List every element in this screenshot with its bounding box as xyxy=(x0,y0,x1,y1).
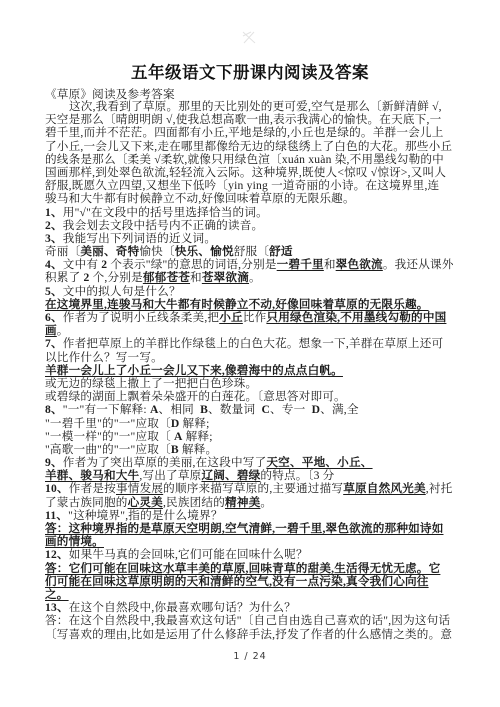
text-run: 美丽、奇特 xyxy=(80,245,139,258)
text-run: 郁郁苍苍 xyxy=(143,271,190,284)
text-run: 。 xyxy=(260,496,272,509)
text-run: 羊群一会儿上了小丘一会儿又下来,像碧海中的点点白帆。 xyxy=(45,364,343,377)
text-run: 文中有 xyxy=(63,258,101,271)
text-run: 比作 xyxy=(243,311,267,324)
document-line: 舒服,既愿久立四望,又想坐下低吟〔yin ying 一道奇丽的小诗。在这境界里,… xyxy=(45,179,469,192)
text-run: 天空、平地、小丘、 xyxy=(266,456,372,469)
text-run: 一碧千里 xyxy=(277,258,324,271)
document-line: 13、在这个自然段中,你最喜欢哪句话？为什么？ xyxy=(45,601,469,614)
text-run: 心灵美 xyxy=(128,496,163,509)
text-run: 〔写喜欢的理由,比如是运用了什么修辞手法,抒发了作者的什么感情之类的。意 xyxy=(45,628,452,641)
document-line: 6、作者为了说明小丘线条柔美,把小丘比作只用绿色渲染,不用墨线勾勒的中国 xyxy=(45,311,469,324)
page-number: 1 / 24 xyxy=(0,651,500,662)
text-run: 作者为了突出草原的美丽,在这段中写了 xyxy=(63,456,267,469)
text-run: 、数量词 xyxy=(208,403,261,416)
text-run: 3、 xyxy=(45,232,63,245)
text-run: 。 xyxy=(249,271,261,284)
text-run: 。我还从课外 xyxy=(383,258,454,271)
text-run: 9、 xyxy=(45,456,63,469)
text-run: 画的情境。 xyxy=(45,535,104,548)
document-line: 或无边的绿毯上撒上了一把把白色珍珠。 xyxy=(45,377,469,390)
text-run: 以比作什么？写一写。 xyxy=(45,351,163,364)
text-run: D xyxy=(312,403,321,416)
text-run: 、专一 xyxy=(270,403,312,416)
document-line: 了蒙古族同胞的心灵美,民族团结的精神美。 xyxy=(45,496,469,509)
document-line: 了小丘,一会儿又下来,走在哪里都像给无边的绿毯绣上了白色的大花。那些小丘 xyxy=(45,140,469,153)
document-line: 画的情境。 xyxy=(45,535,469,548)
text-run: 。 xyxy=(57,324,69,337)
text-run: "一碧千里"的"一"应取〔 xyxy=(45,417,171,430)
document-line: 羊群、骏马和大牛,写出了草原辽阔、碧绿的特点。〔3 分 xyxy=(45,469,469,482)
text-run: 或碧绿的湖面上飘着朵朵盛开的白莲花。〔意思答对即可。 xyxy=(45,390,346,403)
document-line: 们可能在回味这草原明朗的天和清鲜的空气,没有一点污染,真令我们心向往 xyxy=(45,575,469,588)
document-line: 在这境界里,连骏马和大牛都有时候静立不动,好像回味着草原的无限乐趣。 xyxy=(45,298,469,311)
text-run: 答：这种境界指的是草原天空明朗,空气清鲜,一碧千里,翠色欲流的那种如诗如 xyxy=(45,522,444,535)
text-run: 12、 xyxy=(45,548,69,561)
text-run: 舒适 xyxy=(269,245,293,258)
text-run: 、满,全 xyxy=(320,403,358,416)
document-line: 碧千里,而并不茫茫。四面都有小丘,平地是绿的,小丘也是绿的。羊群一会儿上 xyxy=(45,126,469,139)
text-run: "一模一样"的"一"应取〔 xyxy=(45,430,174,443)
text-run: 解释; xyxy=(183,430,213,443)
text-run: 11、 xyxy=(45,509,68,522)
text-run: 7、 xyxy=(45,337,63,350)
document-line: 1、用"√"在文段中的括号里选择恰当的词。 xyxy=(45,206,469,219)
text-run: 解释; xyxy=(179,417,209,430)
document-line: 骏马和大牛都有时候静立不动,好像回味着草原的无限乐趣。 xyxy=(45,192,469,205)
text-run: 5、 xyxy=(45,285,63,298)
text-run: 了蒙古族同胞的 xyxy=(45,496,128,509)
faint-watermark xyxy=(239,30,259,51)
text-run: "这种境界",指的是什么境界？ xyxy=(68,509,223,522)
text-run: 4、 xyxy=(45,258,63,271)
text-run: 作者把草原上的羊群比作绿毯上的白色大花。想象一下,羊群在草原上还可 xyxy=(63,337,444,350)
document-line: 羊群一会儿上了小丘一会儿又下来,像碧海中的点点白帆。 xyxy=(45,364,469,377)
text-run: 的顺序来描写草原的,主要通过描写 xyxy=(163,482,343,495)
text-run: 答：在这个自然段中,我最喜欢这句话"〔自己自由选自己喜欢的话",因为这句话 xyxy=(45,614,450,627)
text-run: 骏马和大牛都有时候静立不动,好像回味着草原的无限乐趣。 xyxy=(45,192,355,205)
text-run: 只用绿色渲染,不用墨线勾勒的中国 xyxy=(266,311,446,324)
text-run: A xyxy=(174,430,183,443)
text-run: "高歌一曲"的"一"应取〔 xyxy=(45,443,171,456)
text-run: 作者为了说明小丘线条柔美,把 xyxy=(63,311,219,324)
text-run: 事情发展 xyxy=(116,482,163,495)
document-line: 国画那样,到处翠色欲流,轻轻流入云际。这种境界,既使人<惊叹 √惊讶>,又叫人 xyxy=(45,166,469,179)
document-line: 积累了 2 个,分别是郁郁苍苍和苍翠欲滴。 xyxy=(45,271,469,284)
text-run: 积累了 xyxy=(45,271,83,284)
text-run: 我能写出下列词语的近义词。 xyxy=(63,232,216,245)
text-run: 、相同 xyxy=(159,403,201,416)
document-line: 答：在这个自然段中,我最喜欢这句话"〔自己自由选自己喜欢的话",因为这句话 xyxy=(45,614,469,627)
document-line: 2、我会划去文段中括号内不正确的读音。 xyxy=(45,219,469,232)
document-line: 的线条是那么〔柔美 √柔软,就像只用绿色渲〔xuán xuàn 染,不用墨线勾勒… xyxy=(45,153,469,166)
document-line: 天空是那么〔晴朗明朗 √,使我总想高歌一曲,表示我满心的愉快。在天底下,一 xyxy=(45,113,469,126)
document-line: "高歌一曲"的"一"应取〔B 解释。 xyxy=(45,443,469,456)
text-run: 10、 xyxy=(45,482,69,495)
text-run: B xyxy=(200,403,208,416)
document-line: 〔写喜欢的理由,比如是运用了什么修辞手法,抒发了作者的什么感情之类的。意 xyxy=(45,628,469,641)
text-run: 1、 xyxy=(45,206,63,219)
text-run: ,衬托 xyxy=(426,482,453,495)
document-line: 8、"一"有一下解释: A、相同 B、数量词 C、专一 D、满,全 xyxy=(45,403,469,416)
text-run: 辽阔、碧绿 xyxy=(201,469,260,482)
document-body: 这次,我看到了草原。那里的天比别处的更可爱,空气是那么〔新鲜清鲜 √,天空是那么… xyxy=(45,100,469,641)
document-title: 五年级语文下册课内阅读及答案 xyxy=(0,59,500,83)
text-run: 的线条是那么〔柔美 √柔软,就像只用绿色渲〔xuán xuàn 染,不用墨线勾勒… xyxy=(45,153,444,166)
text-run: C xyxy=(261,403,270,416)
document-line: "一模一样"的"一"应取〔 A 解释; xyxy=(45,430,469,443)
document-line: 5、文中的拟人句是什么？ xyxy=(45,285,469,298)
text-run: 碧千里,而并不茫茫。四面都有小丘,平地是绿的,小丘也是绿的。羊群一会儿上 xyxy=(45,126,444,139)
text-run: ,写出了草原 xyxy=(139,469,201,482)
text-run: 在这境界里,连骏马和大牛都有时候静立不动,好像回味着草原的无限乐趣。 xyxy=(45,298,429,311)
document-line: 7、作者把草原上的羊群比作绿毯上的白色大花。想象一下,羊群在草原上还可 xyxy=(45,337,469,350)
document-line: "一碧千里"的"一"应取〔D 解释; xyxy=(45,417,469,430)
document-line: 或碧绿的湖面上飘着朵朵盛开的白莲花。〔意思答对即可。 xyxy=(45,390,469,403)
text-run: 用"√"在文段中的括号里选择恰当的词。 xyxy=(63,206,268,219)
text-run: 2、 xyxy=(45,219,63,232)
text-run: 天空是那么〔晴朗明朗 √,使我总想高歌一曲,表示我满心的愉快。在天底下,一 xyxy=(45,113,441,126)
text-run: 在这个自然段中,你最喜欢哪句话？为什么？ xyxy=(69,601,296,614)
document-line: 9、作者为了突出草原的美丽,在这段中写了天空、平地、小丘、 xyxy=(45,456,469,469)
text-run: 13、 xyxy=(45,601,69,614)
document-line: 10、作者是按事情发展的顺序来描写草原的,主要通过描写草原自然风光美,衬托 xyxy=(45,482,469,495)
document-line: 奇丽〔美丽、奇特愉快〔快乐、愉悦舒服〔舒适 xyxy=(45,245,469,258)
text-run: 作者是按 xyxy=(69,482,116,495)
document-line: 画。 xyxy=(45,324,469,337)
text-run: 们可能在回味这草原明朗的天和清鲜的空气,没有一点污染,真令我们心向往 xyxy=(45,575,429,588)
text-run: 答：它们可能在回味这水草丰美的草原,回味青草的甜美,生活得无忧无虑。它 xyxy=(45,562,440,575)
text-run: 翠色欲流 xyxy=(336,258,383,271)
document-line: 之。 xyxy=(45,588,469,601)
document-line: 4、文中有 2 个表示"绿"的意思的词语,分别是一碧千里和翠色欲流。我还从课外 xyxy=(45,258,469,271)
text-run: 和 xyxy=(190,271,202,284)
text-run: 如果牛马真的会回味,它们可能在回味什么呢？ xyxy=(69,548,308,561)
text-run: ,民族团结的 xyxy=(163,496,225,509)
text-run: 舒服〔 xyxy=(234,245,269,258)
text-run: 了小丘,一会儿又下来,走在哪里都像给无边的绿毯绣上了白色的大花。那些小丘 xyxy=(45,140,452,153)
document-line: 答：它们可能在回味这水草丰美的草原,回味青草的甜美,生活得无忧无虑。它 xyxy=(45,562,469,575)
document-page: 五年级语文下册课内阅读及答案 《草原》阅读及参考答案 这次,我看到了草原。那里的… xyxy=(0,0,500,707)
document-line: 12、如果牛马真的会回味,它们可能在回味什么呢？ xyxy=(45,548,469,561)
text-run: 奇丽〔 xyxy=(45,245,80,258)
text-run: 草原自然风光美 xyxy=(343,482,426,495)
text-run: 快乐、愉悦 xyxy=(175,245,234,258)
text-run: 解释。 xyxy=(179,443,217,456)
text-run: 画 xyxy=(45,324,57,337)
text-run: 和 xyxy=(324,258,336,271)
document-line: 以比作什么？写一写。 xyxy=(45,351,469,364)
text-run: B xyxy=(171,443,179,456)
text-run: 的特点。〔3 分 xyxy=(260,469,334,482)
document-line: 11、"这种境界",指的是什么境界？ xyxy=(45,509,469,522)
text-run: 苍翠欲滴 xyxy=(202,271,249,284)
text-run: 这次,我看到了草原。那里的天比别处的更可爱,空气是那么〔新鲜清鲜 √, xyxy=(69,100,442,113)
text-run: 个,分别是 xyxy=(89,271,142,284)
text-run: 之。 xyxy=(45,588,69,601)
document-line: 这次,我看到了草原。那里的天比别处的更可爱,空气是那么〔新鲜清鲜 √, xyxy=(45,100,469,113)
text-run: 舒服,既愿久立四望,又想坐下低吟〔yin ying 一道奇丽的小诗。在这境界里,… xyxy=(45,179,439,192)
text-run: 小丘 xyxy=(219,311,243,324)
text-run: 愉快〔 xyxy=(139,245,174,258)
text-run: A xyxy=(150,403,159,416)
text-run: "一"有一下解释: xyxy=(63,403,150,416)
text-run: 羊群、骏马和大牛 xyxy=(45,469,139,482)
text-run: 8、 xyxy=(45,403,63,416)
document-line: 答：这种境界指的是草原天空明朗,空气清鲜,一碧千里,翠色欲流的那种如诗如 xyxy=(45,522,469,535)
text-run: 或无边的绿毯上撒上了一把把白色珍珠。 xyxy=(45,377,257,390)
text-run: 我会划去文段中括号内不正确的读音。 xyxy=(63,219,264,232)
text-run: 精神美 xyxy=(225,496,260,509)
text-run: 个表示"绿"的意思的词语,分别是 xyxy=(107,258,276,271)
document-line: 3、我能写出下列词语的近义词。 xyxy=(45,232,469,245)
text-run: 6、 xyxy=(45,311,63,324)
text-run: 文中的拟人句是什么？ xyxy=(63,285,181,298)
text-run: 国画那样,到处翠色欲流,轻轻流入云际。这种境界,既使人<惊叹 √惊讶>,又叫人 xyxy=(45,166,446,179)
